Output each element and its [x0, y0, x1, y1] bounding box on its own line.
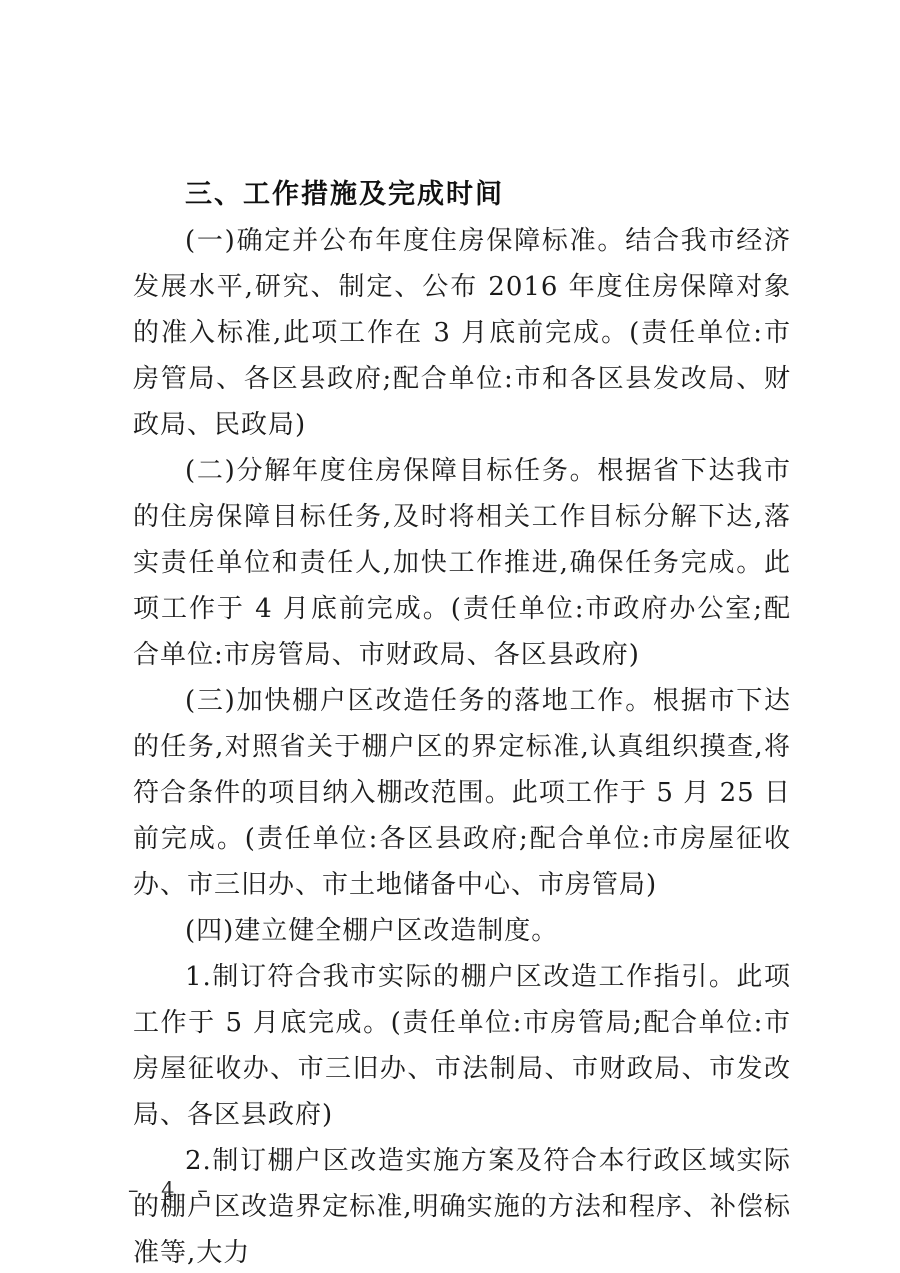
document-body: 三、工作措施及完成时间 (一)确定并公布年度住房保障标准。结合我市经济发展水平,… [133, 172, 791, 1273]
paragraph-measure-2: (二)分解年度住房保障目标任务。根据省下达我市的住房保障目标任务,及时将相关工作… [133, 448, 791, 678]
paragraph-measure-4: (四)建立健全棚户区改造制度。 [133, 908, 791, 954]
document-page: 三、工作措施及完成时间 (一)确定并公布年度住房保障标准。结合我市经济发展水平,… [0, 0, 900, 1273]
paragraph-measure-4-item-2: 2.制订棚户区改造实施方案及符合本行政区域实际的棚户区改造界定标准,明确实施的方… [133, 1138, 791, 1273]
paragraph-measure-1: (一)确定并公布年度住房保障标准。结合我市经济发展水平,研究、制定、公布 201… [133, 218, 791, 448]
section-heading: 三、工作措施及完成时间 [133, 172, 791, 218]
paragraph-measure-4-item-1: 1.制订符合我市实际的棚户区改造工作指引。此项工作于 5 月底完成。(责任单位:… [133, 954, 791, 1138]
paragraph-measure-3: (三)加快棚户区改造任务的落地工作。根据市下达的任务,对照省关于棚户区的界定标准… [133, 678, 791, 908]
page-number: – 4 – [128, 1178, 216, 1202]
